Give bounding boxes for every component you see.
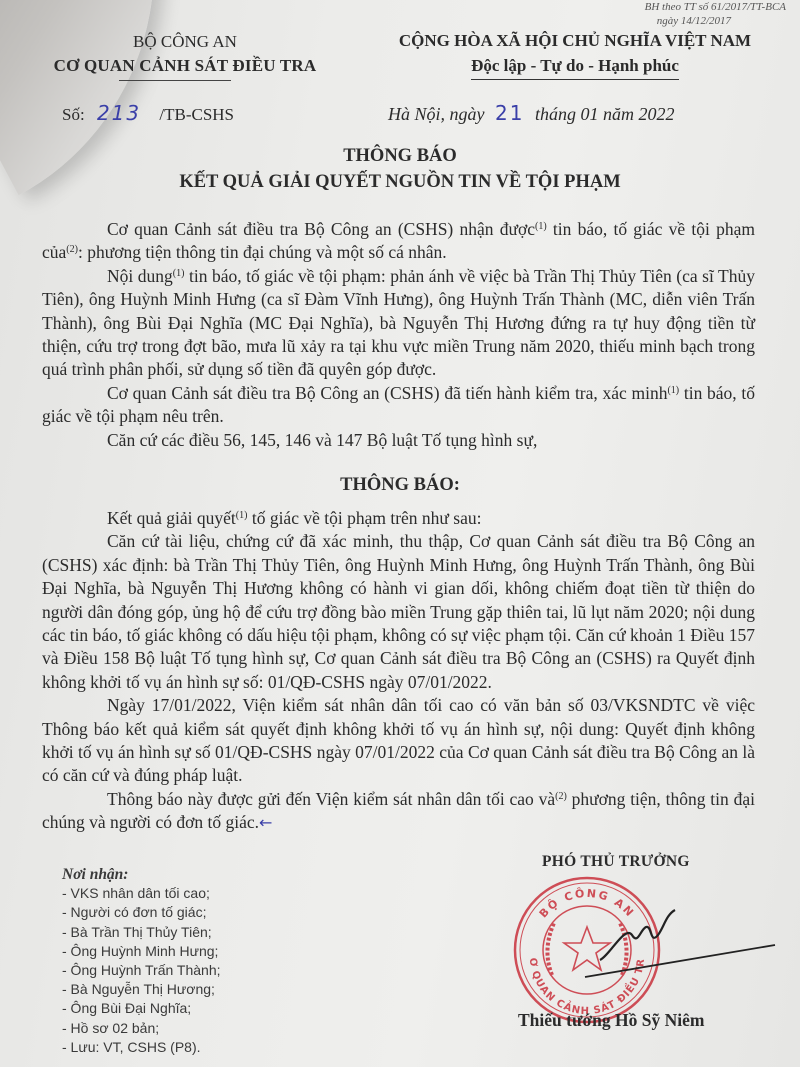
document-title: THÔNG BÁO	[0, 146, 800, 167]
recipient-item: - Ông Huỳnh Minh Hưng;	[62, 942, 221, 961]
paragraph: Cơ quan Cảnh sát điều tra Bộ Công an (CS…	[42, 218, 755, 265]
paragraph: Ngày 17/01/2022, Viện kiểm sát nhân dân …	[42, 694, 755, 788]
national-motto: Độc lập - Tự do - Hạnh phúc	[471, 53, 679, 80]
date-suffix: tháng 01 năm 2022	[535, 104, 675, 124]
paragraph: Căn cứ tài liệu, chứng cứ đã xác minh, t…	[42, 530, 755, 694]
body-section-2: Kết quả giải quyết(1) tố giác về tội phạ…	[42, 507, 755, 835]
agency-underline	[119, 80, 231, 81]
form-reference-line2: ngày 14/12/2017	[645, 14, 731, 28]
notice-heading: THÔNG BÁO:	[0, 475, 800, 496]
country-name: CỘNG HÒA XÃ HỘI CHỦ NGHĨA VIỆT NAM	[360, 28, 790, 53]
recipient-item: - Bà Nguyễn Thị Hương;	[62, 980, 221, 999]
number-handwritten: 213	[97, 101, 141, 125]
document-number: Số: 213 /TB-CSHS	[62, 101, 234, 125]
number-suffix: /TB-CSHS	[159, 105, 234, 124]
day-handwritten: 21	[495, 101, 524, 125]
number-label: Số:	[62, 105, 85, 124]
recipient-item: - Hồ sơ 02 bản;	[62, 1019, 221, 1038]
signer-position: PHÓ THỦ TRƯỞNG	[542, 853, 690, 871]
paragraph: Căn cứ các điều 56, 145, 146 và 147 Bộ l…	[42, 429, 755, 452]
recipient-item: - Bà Trần Thị Thủy Tiên;	[62, 923, 221, 942]
document-subject: KẾT QUẢ GIẢI QUYẾT NGUỒN TIN VỀ TỘI PHẠM	[0, 172, 800, 193]
body-section-1: Cơ quan Cảnh sát điều tra Bộ Công an (CS…	[42, 218, 755, 452]
paragraph: Kết quả giải quyết(1) tố giác về tội phạ…	[42, 507, 755, 530]
recipient-item: - Ông Huỳnh Trấn Thành;	[62, 961, 221, 980]
recipient-item: - Ông Bùi Đại Nghĩa;	[62, 999, 221, 1018]
signer-name: Thiếu tướng Hồ Sỹ Niêm	[518, 1010, 704, 1031]
recipients-title: Nơi nhận:	[62, 865, 221, 884]
ministry-name: BỘ CÔNG AN	[40, 30, 330, 54]
handwritten-signature	[580, 905, 780, 995]
form-reference-line1: BH theo TT số 61/2017/TT-BCA	[645, 0, 786, 14]
national-header: CỘNG HÒA XÃ HỘI CHỦ NGHĨA VIỆT NAM Độc l…	[360, 28, 790, 80]
recipient-item: - Người có đơn tố giác;	[62, 903, 221, 922]
paragraph: Nội dung(1) tin báo, tố giác về tội phạm…	[42, 265, 755, 382]
recipients-list: Nơi nhận: - VKS nhân dân tối cao; - Ngườ…	[62, 865, 221, 1057]
paragraph: Thông báo này được gửi đến Viện kiểm sát…	[42, 788, 755, 835]
date-line: Hà Nội, ngày 21 tháng 01 năm 2022	[388, 101, 674, 125]
recipient-item: - Lưu: VT, CSHS (P8).	[62, 1038, 221, 1057]
date-prefix: Hà Nội, ngày	[388, 104, 485, 124]
paragraph: Cơ quan Cảnh sát điều tra Bộ Công an (CS…	[42, 382, 755, 429]
handwritten-end-mark: ←	[259, 813, 272, 832]
recipient-item: - VKS nhân dân tối cao;	[62, 884, 221, 903]
agency-name: CƠ QUAN CẢNH SÁT ĐIỀU TRA	[40, 54, 330, 78]
issuing-agency-header: BỘ CÔNG AN CƠ QUAN CẢNH SÁT ĐIỀU TRA	[40, 30, 330, 81]
form-reference: BH theo TT số 61/2017/TT-BCA ngày 14/12/…	[645, 0, 786, 28]
